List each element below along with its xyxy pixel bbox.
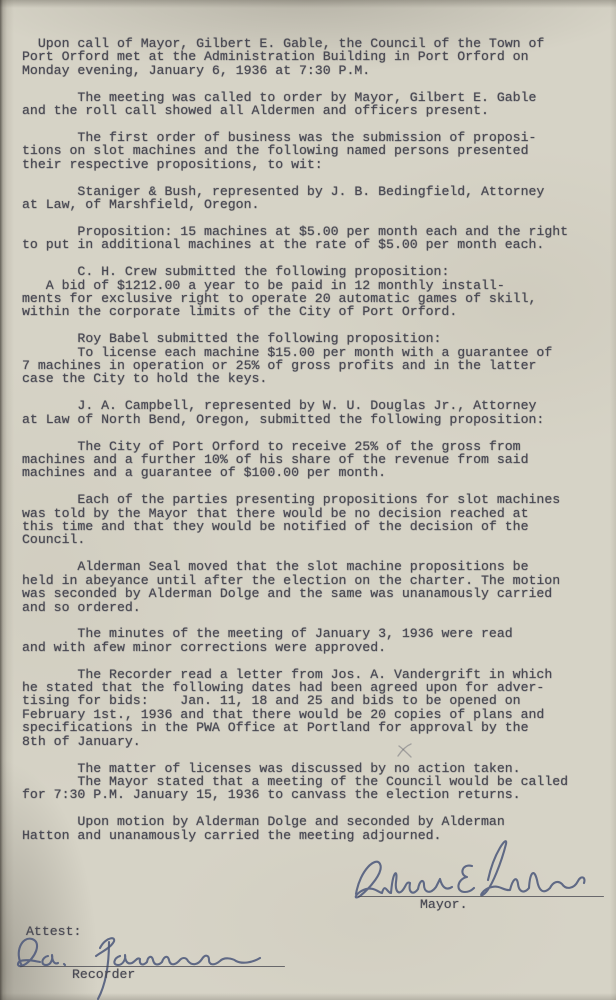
mayor-label: Mayor. <box>420 898 467 911</box>
paragraph-call-to-order: The meeting was called to order by Mayor… <box>22 91 598 118</box>
paragraph-vandergrift-letter: The Recorder read a letter from Jos. A. … <box>22 668 598 749</box>
paragraph-seal-motion: Alderman Seal moved that the slot machin… <box>22 560 598 614</box>
paragraph-no-decision: Each of the parties presenting propositi… <box>22 493 598 547</box>
paragraph-city-receive: The City of Port Orford to receive 25% o… <box>22 440 598 480</box>
recorder-label: Recorder <box>72 968 135 981</box>
paragraph-licenses-next-meeting: The matter of licenses was discussed by … <box>22 762 598 802</box>
paragraph-crew: C. H. Crew submitted the following propo… <box>22 265 598 319</box>
document-page: Upon call of Mayor, Gilbert E. Gable, th… <box>0 0 616 1000</box>
paragraph-babel: Roy Babel submitted the following propos… <box>22 332 598 386</box>
recorder-signature <box>12 930 302 1000</box>
stray-pencil-mark <box>395 743 415 759</box>
paragraph-staniger-bush: Staniger & Bush, represented by J. B. Be… <box>22 185 598 212</box>
paragraph-opening: Upon call of Mayor, Gilbert E. Gable, th… <box>22 37 598 77</box>
paragraph-campbell: J. A. Campbell, represented by W. U. Dou… <box>22 399 598 426</box>
mayor-signature <box>348 832 588 902</box>
minutes-body: Upon call of Mayor, Gilbert E. Gable, th… <box>22 37 598 842</box>
paragraph-minutes-approved: The minutes of the meeting of January 3,… <box>22 627 598 654</box>
paragraph-proposition: Proposition: 15 machines at $5.00 per mo… <box>22 225 598 252</box>
paragraph-first-order: The first order of business was the subm… <box>22 131 598 171</box>
